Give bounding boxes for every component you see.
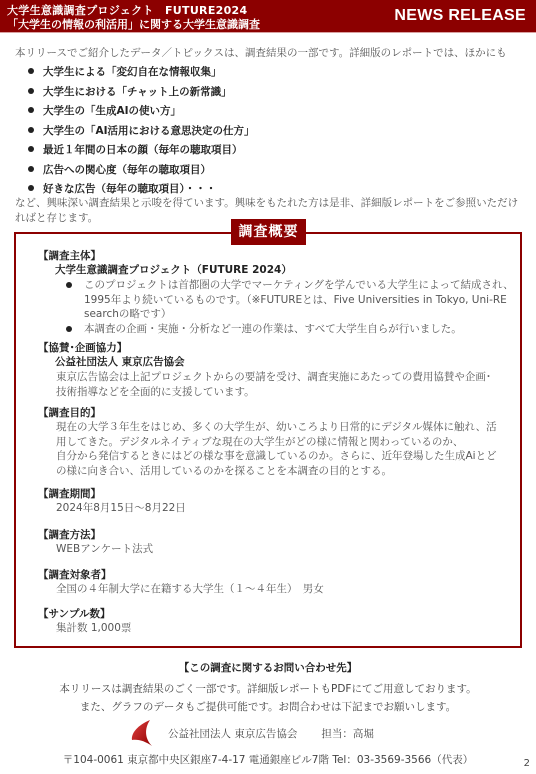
section-organizer: 【調査主体】 大学生意識調査プロジェクト（FUTURE 2024） このプロジェ… [38,248,514,336]
section-period: 【調査期間】 2024年8月15日～8月22日 [38,486,186,516]
section-label: 【調査目的】 [38,405,497,420]
bullet-item: 本調査の企画・実施・分析など一連の作業は、すべて大学生自らが行いました。 [66,322,514,337]
section-sample: 【サンプル数】 集計数 1,000票 [38,606,131,636]
period-value: 2024年8月15日～8月22日 [56,501,186,516]
bullet-icon [66,326,72,332]
bullet-icon [28,166,34,172]
header-divider [0,32,536,33]
topic-list: 大学生による「変幻自在な情報収集」 大学生における「チャット上の新常識」 大学生… [28,63,255,200]
section-label: 【協賛･企画協力】 [38,340,491,355]
bullet-icon [28,127,34,133]
bullet-icon [28,107,34,113]
section-label: 【調査期間】 [38,486,186,501]
topic-item: 広告への関心度（毎年の聴取項目） [28,161,255,181]
section-label: 【サンプル数】 [38,606,131,621]
header-banner: 大学生意識調査プロジェクト FUTURE2024 「大学生の情報の利活用」に関す… [0,0,536,32]
topic-item: 大学生による「変幻自在な情報収集」 [28,63,255,83]
survey-title: 「大学生の情報の利活用」に関する大学生意識調査 [7,16,260,32]
bullet-icon [28,68,34,74]
contact-address: 〒104-0061 東京都中央区銀座7-4-17 電通銀座ビル7階 Tel：03… [0,752,536,767]
topic-item: 大学生の「AI活用における意思決定の仕方」 [28,122,255,142]
contact-person: 担当：高堀 [321,726,374,741]
section-method: 【調査方法】 WEBアンケート法式 [38,527,153,557]
organizer-bullets: このプロジェクトは首都圏の大学でマーケティングを学んでいる大学生によって結成され… [66,278,514,336]
section-label: 【調査対象者】 [38,567,324,582]
bullet-icon [28,185,34,191]
contact-line-2: また、グラフのデータもご提供可能です。お問合わせは下記までお願いします。 [0,699,536,714]
topic-item: 最近１年間の日本の顔（毎年の聴取項目） [28,141,255,161]
survey-overview-title: 調査概要 [231,219,306,245]
section-label: 【調査主体】 [38,248,514,263]
bullet-icon [28,88,34,94]
bullet-item: このプロジェクトは首都圏の大学でマーケティングを学んでいる大学生によって結成され… [66,278,514,322]
topic-item: 大学生の「生成AIの使い方」 [28,102,255,122]
section-purpose: 【調査目的】 現在の大学３年生をはじめ、多くの大学生が、幼いころより日常的にデジ… [38,405,497,478]
news-release-label: NEWS RELEASE [394,7,526,25]
contact-line-1: 本リリースは調査結果のごく一部です。詳細版レポートもPDFにてご用意しております… [0,681,536,696]
sponsor-name: 公益社団法人 東京広告協会 [55,355,491,370]
bullet-icon [28,146,34,152]
contact-title: 【この調査に関するお問い合わせ先】 [0,660,536,675]
method-value: WEBアンケート法式 [56,542,153,557]
organizer-name: 大学生意識調査プロジェクト（FUTURE 2024） [55,263,514,278]
section-target: 【調査対象者】 全国の４年制大学に在籍する大学生（１～４年生） 男女 [38,567,324,597]
section-sponsor: 【協賛･企画協力】 公益社団法人 東京広告協会 東京広告協会は上記プロジェクトか… [38,340,491,399]
intro-text: 本リリースでご紹介したデータ／トピックスは、調査結果の一部です。詳細版のレポート… [15,45,507,60]
organization-name: 公益社団法人 東京広告協会 [168,726,297,741]
sample-value: 集計数 1,000票 [56,621,131,636]
section-label: 【調査方法】 [38,527,153,542]
bullet-icon [66,282,72,288]
page-number: 2 [524,758,530,769]
contact-organization: 公益社団法人 東京広告協会 担当：高堀 [128,718,374,748]
association-logo-icon [128,719,158,747]
target-value: 全国の４年制大学に在籍する大学生（１～４年生） 男女 [56,582,324,597]
topic-item: 大学生における「チャット上の新常識」 [28,83,255,103]
